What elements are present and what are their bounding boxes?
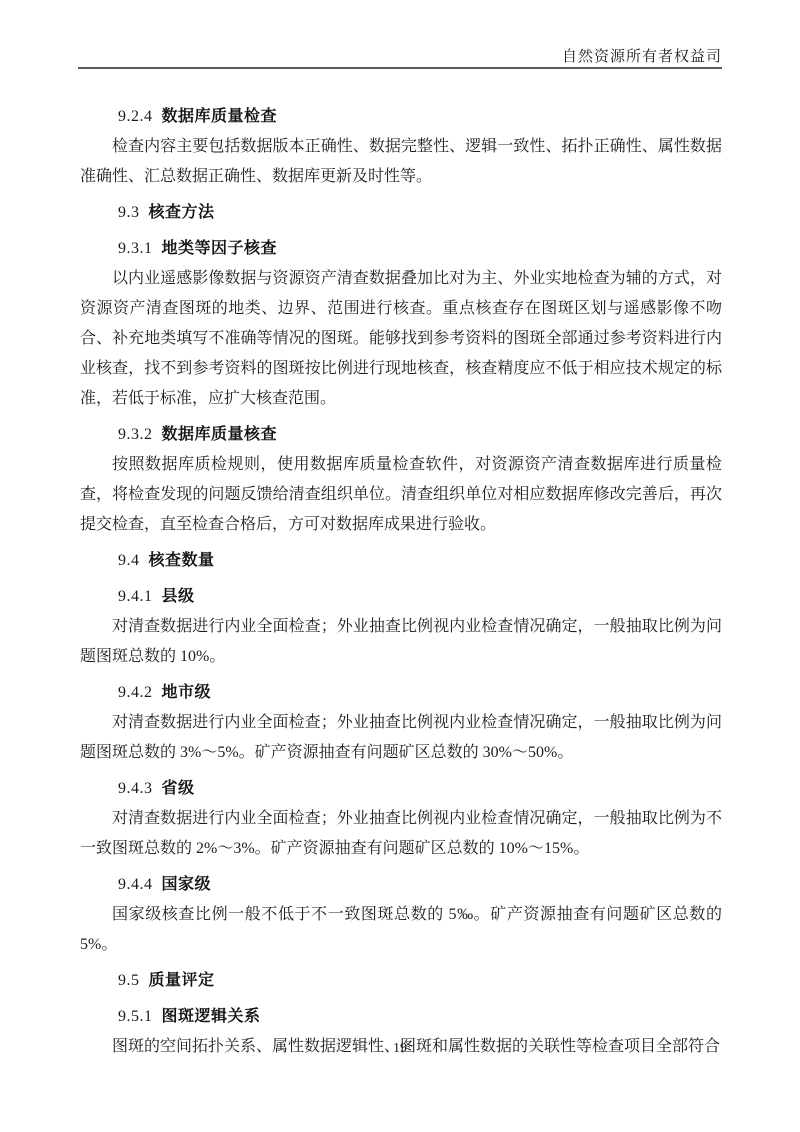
para-9-2-4: 检查内容主要包括数据版本正确性、数据完整性、逻辑一致性、拓扑正确性、属性数据准确… — [80, 132, 722, 192]
heading-9-3-2: 9.3.2数据库质量核查 — [80, 420, 722, 450]
heading-number: 9.5.1 — [118, 1008, 153, 1025]
heading-9-5: 9.5质量评定 — [80, 966, 722, 996]
para-9-4-2: 对清查数据进行内业全面检查；外业抽查比例视内业检查情况确定，一般抽取比例为问题图… — [80, 708, 722, 768]
heading-title: 质量评定 — [149, 972, 215, 989]
document-content: 9.2.4数据库质量检查 检查内容主要包括数据版本正确性、数据完整性、逻辑一致性… — [80, 96, 722, 1062]
heading-9-3-1: 9.3.1地类等因子核查 — [80, 234, 722, 264]
heading-9-5-1: 9.5.1图斑逻辑关系 — [80, 1002, 722, 1032]
heading-title: 国家级 — [162, 876, 212, 893]
heading-number: 9.3.1 — [118, 240, 153, 257]
heading-number: 9.4.1 — [118, 588, 153, 605]
document-page: 自然资源所有者权益司 9.2.4数据库质量检查 检查内容主要包括数据版本正确性、… — [0, 0, 800, 1132]
heading-9-4-4: 9.4.4国家级 — [80, 870, 722, 900]
heading-title: 数据库质量核查 — [162, 426, 278, 443]
heading-number: 9.2.4 — [118, 108, 153, 125]
heading-title: 核查数量 — [149, 552, 215, 569]
heading-9-4-1: 9.4.1县级 — [80, 582, 722, 612]
heading-title: 县级 — [162, 588, 195, 605]
para-9-4-4: 国家级核查比例一般不低于不一致图斑总数的 5‰。矿产资源抽查有问题矿区总数的 5… — [80, 900, 722, 960]
heading-title: 地类等因子核查 — [162, 240, 278, 257]
heading-number: 9.4.2 — [118, 684, 153, 701]
heading-title: 地市级 — [162, 684, 212, 701]
heading-9-3: 9.3核查方法 — [80, 198, 722, 228]
heading-title: 图斑逻辑关系 — [162, 1008, 261, 1025]
heading-number: 9.4.3 — [118, 780, 153, 797]
heading-9-4-3: 9.4.3省级 — [80, 774, 722, 804]
heading-9-4-2: 9.4.2地市级 — [80, 678, 722, 708]
para-9-4-1: 对清查数据进行内业全面检查；外业抽查比例视内业检查情况确定，一般抽取比例为问题图… — [80, 612, 722, 672]
heading-title: 省级 — [162, 780, 195, 797]
para-9-3-1: 以内业遥感影像数据与资源资产清查数据叠加比对为主、外业实地检查为辅的方式，对资源… — [80, 264, 722, 414]
heading-number: 9.3.2 — [118, 426, 153, 443]
heading-number: 9.5 — [118, 972, 140, 989]
heading-title: 核查方法 — [149, 204, 215, 221]
page-header-department: 自然资源所有者权益司 — [78, 45, 722, 66]
heading-9-4: 9.4核查数量 — [80, 546, 722, 576]
para-9-3-2: 按照数据库质检规则，使用数据库质量检查软件，对资源资产清查数据库进行质量检查，将… — [80, 450, 722, 540]
heading-number: 9.4.4 — [118, 876, 153, 893]
heading-number: 9.3 — [118, 204, 140, 221]
page-header-rule — [78, 67, 722, 69]
para-9-4-3: 对清查数据进行内业全面检查；外业抽查比例视内业检查情况确定，一般抽取比例为不一致… — [80, 804, 722, 864]
heading-9-2-4: 9.2.4数据库质量检查 — [80, 102, 722, 132]
heading-number: 9.4 — [118, 552, 140, 569]
page-number: 19 — [0, 1041, 800, 1057]
heading-title: 数据库质量检查 — [162, 108, 278, 125]
